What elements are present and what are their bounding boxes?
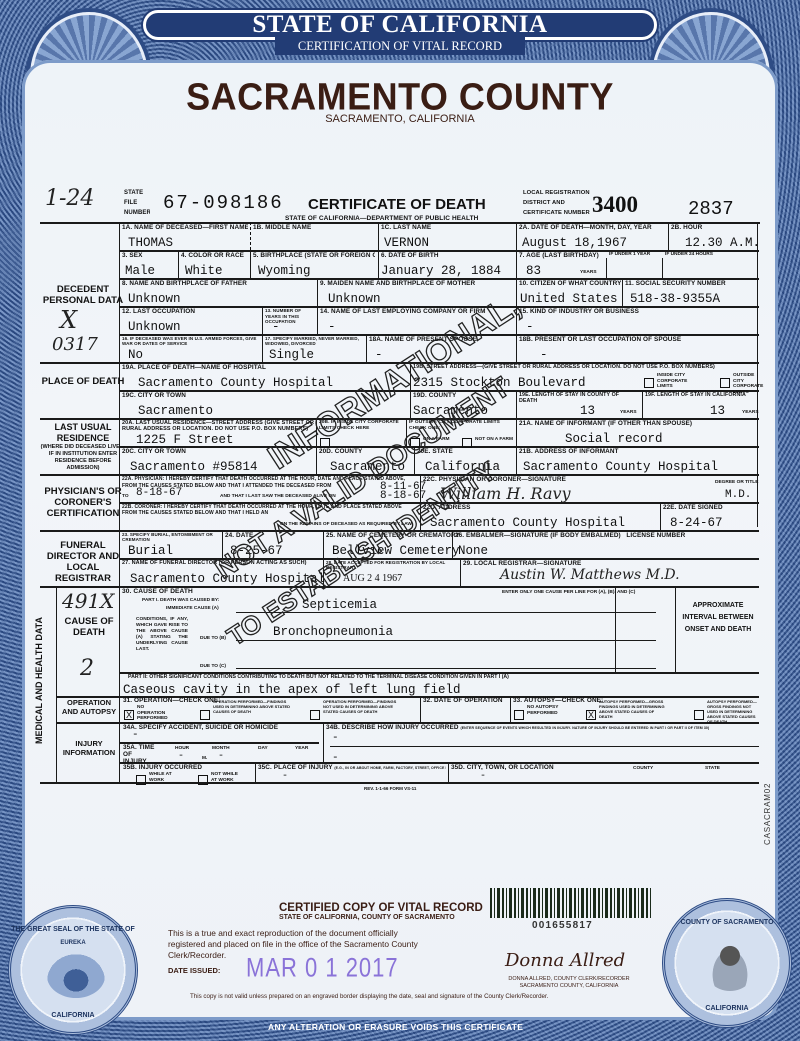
state-seal-motto: EUREKA — [11, 940, 135, 946]
field-label-22d: 22D. ADDRESS — [423, 504, 471, 511]
divider — [516, 222, 517, 306]
divider — [178, 250, 179, 278]
field-label-26: 26. EMBALMER—SIGNATURE (IF BODY EMBALMED… — [455, 532, 757, 539]
handwritten-cause-code: 491X — [62, 589, 114, 613]
state-file-number: 67-098186 — [163, 192, 284, 214]
field-label-1a: 1A. NAME OF DECEASED—FIRST NAME — [122, 224, 248, 231]
while-at-work-checkbox[interactable] — [136, 771, 146, 789]
field-label-32: 32. DATE OF OPERATION — [423, 697, 503, 704]
divider — [323, 722, 324, 762]
divider — [250, 222, 251, 250]
inside-city-label: INSIDE CITY CORPORATE LIMITS — [657, 373, 695, 390]
physician-signature: William H. Ravy — [440, 484, 571, 503]
section-cause-of-death: CAUSE OF DEATH — [58, 616, 120, 638]
field-value-hospital: Sacramento County Hospital — [138, 376, 333, 390]
section-funeral-director: FUNERAL DIRECTOR AND LOCAL REGISTRAR — [40, 540, 126, 584]
field-label-20c: 20C. CITY OR TOWN — [122, 448, 186, 455]
field-label-22e: 22E. DATE SIGNED — [663, 504, 723, 511]
field-value-occupation: Unknown — [128, 320, 181, 334]
under-24-hours-label: IF UNDER 24 HOURS — [665, 252, 713, 258]
field-value-physician-address: Sacramento County Hospital — [430, 516, 625, 530]
handwritten-margin-code: 0317 — [52, 334, 98, 355]
field-label-20e: 20E. STATE — [417, 448, 453, 455]
field-value-part2: Caseous cavity in the apex of left lung … — [123, 683, 461, 697]
field-value-ssn: 518-38-9355A — [630, 292, 720, 306]
field-label-35b: 35B. INJURY OCCURRED — [123, 764, 202, 771]
handwritten-cause-number: 2 — [80, 656, 94, 681]
field-value-hour: 12.30 A.M. — [685, 236, 760, 250]
stay-california-unit: YEARS — [742, 410, 759, 416]
section-decedent-personal-data: DECEDENT PERSONAL DATA — [40, 284, 126, 306]
field-label-34b: 34B. DESCRIBE HOW INJURY OCCURRED (ENTER… — [326, 724, 709, 731]
field-label-33: 33. AUTOPSY—CHECK ONE: — [513, 697, 603, 704]
under-1-year-label: IF UNDER 1 YEAR — [609, 252, 650, 258]
field-value-informant: Social record — [565, 432, 663, 446]
registrar-signature: Austin W. Matthews M.D. — [500, 567, 680, 583]
field-label-6: 6. DATE OF BIRTH — [381, 252, 439, 259]
field-label-1c: 1C. LAST NAME — [381, 224, 431, 231]
field-value-years-in-occupation: - — [272, 320, 280, 334]
divider — [366, 334, 367, 362]
field-value-father: Unknown — [128, 292, 181, 306]
section-physician-certification: PHYSICIAN'S OR CORONER'S CERTIFICATION — [40, 486, 126, 519]
autopsy-used-checkbox[interactable]: X — [586, 706, 596, 724]
time-day-label: DAY — [258, 746, 268, 752]
divider — [420, 696, 421, 722]
divider — [255, 762, 256, 782]
divider — [236, 668, 656, 669]
field-value-immediate-cause: Septicemia — [302, 598, 377, 612]
field-label-19f: 19F. LENGTH OF STAY IN CALIFORNIA — [645, 392, 757, 398]
divider — [317, 306, 318, 334]
divider — [516, 418, 517, 474]
section-last-usual-residence: LAST USUAL RESIDENCE (WHERE DID DECEASED… — [40, 422, 126, 472]
field-label-1b: 1B. MIDDLE NAME — [253, 224, 311, 231]
certificate-number: 2837 — [688, 198, 734, 220]
field-value-injury-hour: - — [178, 751, 184, 762]
injury-county-label: COUNTY — [633, 766, 653, 772]
on-farm-label: ON A FARM — [423, 437, 450, 443]
divider — [317, 278, 318, 306]
field-label-27: 27. NAME OF FUNERAL DIRECTOR (OR PERSON … — [122, 560, 321, 566]
field-label-4: 4. COLOR OR RACE — [181, 252, 244, 259]
autopsy-used-label: AUTOPSY PERFORMED—GROSS FINDINGS USED IN… — [599, 699, 667, 719]
time-m-label: M. — [202, 756, 207, 762]
field-value-armed-forces: No — [128, 348, 143, 362]
field-label-2b: 2B. HOUR — [671, 224, 702, 231]
field-value-injury-place: - — [282, 771, 288, 782]
part1-label: PART I. DEATH WAS CAUSED BY: — [142, 598, 219, 604]
field-value-injury-description-2: - — [332, 752, 339, 764]
state-great-seal: THE GREAT SEAL OF THE STATE OF EUREKA CA… — [8, 905, 138, 1035]
field-value-injury-month: - — [218, 751, 224, 762]
field-label-9: 9. MAIDEN NAME AND BIRTHPLACE OF MOTHER — [320, 280, 514, 287]
field-value-first-name: THOMAS — [128, 236, 173, 250]
field-value-sex: Male — [125, 264, 155, 278]
section-place-of-death: PLACE OF DEATH — [40, 376, 126, 387]
not-while-at-work-label: NOT WHILE AT WORK — [211, 772, 241, 783]
field-label-20b: 20B. IF INSIDE CITY CORPORATE LIMITS CHE… — [319, 420, 404, 431]
not-while-at-work-checkbox[interactable] — [198, 771, 208, 789]
field-value-due-to-b: Bronchopneumonia — [273, 625, 393, 639]
field-label-31: 31. OPERATION—CHECK ONE: — [123, 697, 220, 704]
divider — [250, 250, 251, 278]
field-value-last-seen: 8-18-67 — [380, 490, 426, 502]
field-value-date-of-death: August 18,1967 — [522, 236, 627, 250]
handwritten-file-mark: 1-24 — [45, 186, 94, 211]
field-value-date-of-birth: January 28, 1884 — [381, 264, 501, 278]
interval-label: APPROXIMATE INTERVAL BETWEEN ONSET AND D… — [678, 600, 758, 636]
field-label-15: 15. KIND OF INDUSTRY OR BUSINESS — [519, 308, 639, 315]
field-label-21a: 21A. NAME OF INFORMANT (IF OTHER THAN SP… — [519, 420, 692, 427]
divider — [316, 418, 317, 474]
certified-copy-subtitle: STATE OF CALIFORNIA, COUNTY OF SACRAMENT… — [279, 914, 455, 921]
field-label-22b: 22B. CORONER: I HEREBY CERTIFY THAT DEAT… — [122, 504, 418, 516]
state-seal-top-text: THE GREAT SEAL OF THE STATE OF — [11, 926, 135, 933]
validity-note: This copy is not valid unless prepared o… — [190, 993, 548, 1000]
field-label-17: 17. SPECIFY MARRIED, NEVER MARRIED, WIDO… — [265, 336, 363, 346]
field-value-residence-county: Sacramento — [330, 460, 405, 474]
county-seal-top-text: COUNTY OF SACRAMENTO — [665, 919, 789, 926]
field-label-19e: 19E. LENGTH OF STAY IN COUNTY OF DEATH — [519, 392, 639, 404]
certified-copy-title: CERTIFIED COPY OF VITAL RECORD — [279, 902, 483, 914]
section-injury-information: INJURY INFORMATION — [58, 739, 120, 757]
clerk-county: SACRAMENTO COUNTY, CALIFORNIA — [505, 983, 633, 990]
divider — [236, 640, 656, 641]
divider — [56, 586, 57, 782]
field-label-19c: 19C. CITY OR TOWN — [122, 392, 186, 399]
stay-county-unit: YEARS — [620, 410, 637, 416]
state-banner: STATE OF CALIFORNIA — [143, 10, 657, 40]
field-label-3: 3. SEX — [122, 252, 143, 259]
field-value-last-name: VERNON — [384, 236, 429, 250]
field-value-industry: - — [526, 320, 534, 334]
divider — [516, 390, 517, 418]
divider — [236, 612, 656, 613]
divider — [510, 696, 511, 722]
no-autopsy-checkbox[interactable] — [514, 706, 524, 724]
field-value-employer: - — [328, 320, 336, 334]
field-value-street-address: 2315 Stockton Boulevard — [413, 376, 586, 390]
divider — [406, 418, 407, 446]
field-value-embalmer: None — [458, 544, 488, 558]
field-value-spouse-occupation: - — [540, 348, 548, 362]
field-label-35a: 35A. TIME OF INJURY — [123, 744, 157, 765]
divider — [622, 278, 623, 306]
field-value-spouse: - — [375, 348, 383, 362]
no-operation-checkbox[interactable]: X — [124, 706, 134, 724]
field-value-injury-description: - — [332, 732, 339, 744]
operation-not-used-checkbox[interactable] — [310, 706, 320, 724]
field-label-23: 23. SPECIFY BURIAL, ENTOMBMENT OR CREMAT… — [122, 532, 220, 542]
divider — [222, 530, 223, 558]
last-seen-label: AND THAT I LAST SAW THE DECEASED ALIVE O… — [220, 494, 336, 500]
operation-used-label: OPERATION PERFORMED—FINDINGS USED IN DET… — [213, 699, 291, 714]
county-subtitle: SACRAMENTO, CALIFORNIA — [0, 113, 800, 125]
district-number: 3400 — [592, 192, 638, 218]
field-label-8: 8. NAME AND BIRTHPLACE OF FATHER — [122, 280, 247, 287]
degree-label: DEGREE OR TITLE — [715, 480, 758, 486]
state-seal-bottom-text: CALIFORNIA — [11, 1012, 135, 1019]
field-label-11: 11. SOCIAL SECURITY NUMBER — [625, 280, 726, 287]
county-seal-bottom-text: CALIFORNIA — [665, 1005, 789, 1012]
field-value-residence-state: California — [425, 460, 500, 474]
divider — [662, 258, 663, 278]
field-label-34a: 34A. SPECIFY ACCIDENT, SUICIDE OR HOMICI… — [123, 724, 278, 731]
field-label-2a: 2A. DATE OF DEATH—MONTH, DAY, YEAR — [519, 224, 665, 231]
due-to-b-label: DUE TO (B) — [200, 636, 226, 642]
field-label-35d: 35D. CITY, TOWN, OR LOCATION — [451, 764, 554, 771]
certification-sub-banner: CERTIFICATION OF VITAL RECORD — [275, 37, 525, 55]
field-label-18b: 18B. PRESENT OR LAST OCCUPATION OF SPOUS… — [519, 336, 681, 343]
field-label-35c: 35C. PLACE OF INJURY (E.G., IN OR ABOUT … — [258, 764, 446, 771]
divider — [448, 762, 449, 782]
field-label-25: 25. NAME OF CEMETERY OR CREMATORY — [326, 532, 460, 539]
certificate-title: CERTIFICATE OF DEATH — [308, 196, 486, 213]
divider — [642, 390, 643, 418]
field-value-birthplace: Wyoming — [258, 264, 311, 278]
field-label-19d: 19D. COUNTY — [413, 392, 456, 399]
operation-not-used-label: OPERATION PERFORMED—FINDINGS NOT USED IN… — [323, 699, 403, 714]
while-at-work-label: WHILE AT WORK — [149, 772, 175, 783]
field-label-20d: 20D. COUNTY — [319, 448, 362, 455]
section-last-residence-title: LAST USUAL RESIDENCE — [55, 422, 112, 443]
section-medical-health-data: MEDICAL AND HEALTH DATA — [34, 617, 44, 744]
field-label-30: 30. CAUSE OF DEATH — [122, 588, 193, 595]
divider — [262, 334, 263, 362]
immediate-cause-label: IMMEDIATE CAUSE (A) — [166, 606, 219, 612]
field-value-disposition: Burial — [128, 544, 173, 558]
outside-city-checkbox[interactable] — [720, 374, 730, 392]
field-label-29: 29. LOCAL REGISTRAR—SIGNATURE — [463, 560, 581, 567]
divider — [330, 746, 759, 747]
field-label-19a: 19A. PLACE OF DEATH—NAME OF HOSPITAL — [122, 364, 266, 371]
clerk-signature: Donna Allred — [505, 950, 625, 971]
due-to-c-label: DUE TO (C) — [200, 664, 226, 670]
field-value-date-signed: 8-24-67 — [670, 516, 723, 530]
divider — [262, 306, 263, 334]
barcode-number: 001655817 — [532, 920, 593, 931]
field-value-funeral-director: Sacramento County Hospital — [130, 572, 325, 586]
local-registration-label: LOCAL REGISTRATION DISTRICT AND CERTIFIC… — [523, 188, 593, 218]
form-revision: Rev. 1-1-66 Form VS-11 — [364, 786, 416, 792]
field-label-12: 12. LAST OCCUPATION — [122, 308, 195, 315]
time-year-label: YEAR — [295, 746, 308, 752]
date-issued-stamp: MAR 0 1 2017 — [246, 952, 399, 983]
section-last-residence-note: (WHERE DID DECEASED LIVE—IF IN INSTITUTI… — [40, 444, 126, 472]
field-value-age: 83 — [526, 264, 541, 278]
field-value-disposition-date: 8-25-67 — [230, 544, 283, 558]
autopsy-not-used-label: AUTOPSY PERFORMED—GROSS FINDINGS NOT USE… — [707, 699, 759, 724]
divider — [460, 558, 461, 586]
field-label-21b: 21B. ADDRESS OF INFORMANT — [519, 448, 619, 455]
barcode — [490, 888, 652, 918]
injury-state-label: STATE — [705, 766, 720, 772]
field-value-residence-street: 1225 F Street — [136, 433, 234, 447]
divider — [516, 306, 517, 334]
field-value-marital-status: Single — [269, 348, 314, 362]
no-operation-label: NO OPERATION PERFORMED — [137, 705, 173, 722]
field-value-residence-city: Sacramento #95814 — [130, 460, 258, 474]
alteration-warning-banner: ANY ALTERATION OR ERASURE VOIDS THIS CER… — [268, 1022, 523, 1032]
conditions-note: CONDITIONS, IF ANY, WHICH GAVE RISE TO T… — [136, 617, 188, 653]
divider — [615, 588, 616, 672]
handwritten-margin-x: X — [60, 306, 77, 334]
state-file-label: STATE FILE NUMBER — [124, 188, 150, 218]
capitol-dome-icon — [703, 937, 757, 991]
divider — [675, 588, 676, 672]
field-label-5: 5. BIRTHPLACE (STATE OR FOREIGN COUNTRY) — [253, 252, 375, 259]
divider — [660, 502, 661, 530]
field-label-7: 7. AGE (LAST BIRTHDAY) — [519, 252, 599, 259]
no-autopsy-label: NO AUTOPSY PERFORMED — [527, 705, 559, 716]
clerk-name-title: DONNA ALLRED, COUNTY CLERK/RECORDER SACR… — [505, 976, 633, 989]
not-on-farm-checkbox[interactable] — [462, 434, 472, 452]
death-certificate-form: 1-24 STATE FILE NUMBER 67-098186 CERTIFI… — [40, 184, 760, 844]
field-value-accident-type: - — [132, 729, 139, 741]
field-label-10: 10. CITIZEN OF WHAT COUNTRY — [519, 280, 621, 287]
field-label-20b-outside: IF OUTSIDE CITY CORPORATE LIMITS CHECK O… — [409, 420, 514, 431]
divider — [410, 362, 411, 418]
coroner-tail: ON THE REMAINS OF DECEASED AS REQUIRED B… — [280, 522, 413, 528]
field-label-16: 16. IF DECEASED WAS EVER IN U.S. ARMED F… — [122, 336, 260, 346]
divider — [606, 258, 607, 278]
field-value-attended-to: 8-18-67 — [136, 487, 182, 499]
divider — [40, 782, 759, 784]
operation-used-checkbox[interactable] — [200, 706, 210, 724]
inside-city-checkbox[interactable] — [644, 374, 654, 392]
divider — [668, 222, 669, 250]
field-value-citizenship: United States — [520, 292, 618, 306]
side-document-code: CASACRAM02 — [763, 783, 772, 845]
field-value-informant-address: Sacramento County Hospital — [523, 460, 718, 474]
field-value-county-of-death: Sacramento — [413, 404, 488, 418]
field-label-22c: 22C. PHYSICIAN OR CORONER—SIGNATURE — [423, 476, 566, 483]
field-label-19b: 19B. STREET ADDRESS—(GIVE STREET OR RURA… — [413, 364, 757, 370]
divider — [516, 334, 517, 362]
physician-degree: M.D. — [725, 489, 751, 501]
divider — [378, 222, 379, 250]
field-label-24: 24. DATE — [225, 532, 253, 539]
field-value-race: White — [185, 264, 223, 278]
divider — [378, 250, 379, 278]
field-label-18a: 18A. NAME OF PRESENT SPOUSE — [369, 336, 477, 343]
not-on-farm-label: NOT ON A FARM — [475, 437, 513, 443]
field-value-city-of-death: Sacramento — [138, 404, 213, 418]
field-value-stay-california: 13 — [710, 404, 725, 418]
field-value-date-accepted: AUG 2 4 1967 — [343, 573, 402, 584]
autopsy-not-used-checkbox[interactable] — [694, 706, 704, 724]
field-value-mother: Unknown — [328, 292, 381, 306]
certificate-subtitle: STATE OF CALIFORNIA—DEPARTMENT OF PUBLIC… — [285, 215, 478, 222]
clerk-name: DONNA ALLRED, COUNTY CLERK/RECORDER — [505, 976, 633, 983]
age-unit: YEARS — [580, 270, 597, 276]
minerva-emblem-icon — [47, 954, 105, 998]
field-value-stay-county: 13 — [580, 404, 595, 418]
part2-label: PART II: OTHER SIGNIFICANT CONDITIONS CO… — [128, 675, 509, 681]
field-label-20a: 20A. LAST USUAL RESIDENCE—STREET ADDRESS… — [122, 420, 314, 432]
field-label-28: 28. DATE ACCEPTED FOR REGISTRATION BY LO… — [326, 560, 458, 570]
county-seal: COUNTY OF SACRAMENTO CALIFORNIA — [662, 898, 792, 1028]
date-issued-label: DATE ISSUED: — [168, 966, 220, 975]
field-label-14: 14. NAME OF LAST EMPLOYING COMPANY OR FI… — [320, 308, 514, 315]
field-value-cemetery: Bellview Cemetery — [332, 544, 460, 558]
section-operation-autopsy: OPERATION AND AUTOPSY — [58, 698, 120, 716]
field-value-injury-city: - — [480, 771, 486, 782]
